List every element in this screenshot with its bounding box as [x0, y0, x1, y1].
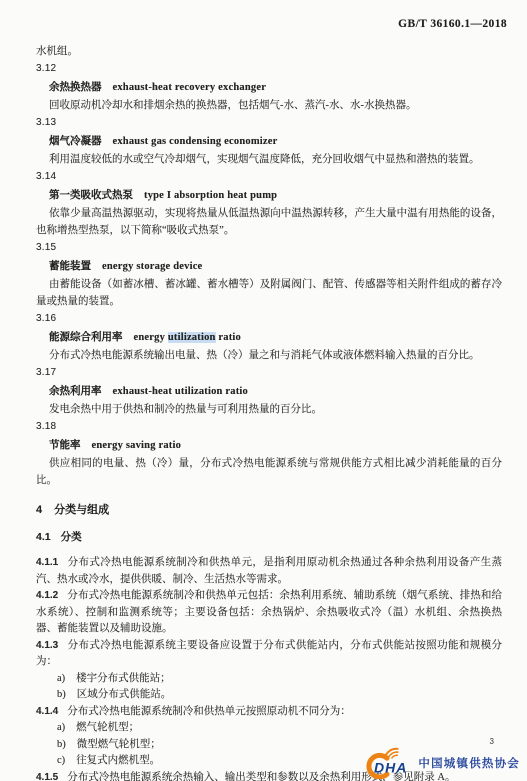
- search-highlight: utilization: [168, 332, 216, 343]
- term-zh: 余热利用率: [49, 385, 102, 397]
- term-en: exhaust gas condensing economizer: [113, 136, 278, 147]
- term-definition: 依靠少量高温热源驱动，实现将热量从低温热源向中温热源转移，产生大量中温有用热能的…: [36, 205, 502, 239]
- term-definition: 分布式冷热电能源系统输出电量、热（冷）量之和与消耗气体或液体燃料输入热量的百分比…: [36, 347, 502, 364]
- term-definition: 由蓄能设备（如蓄冰槽、蓄冰罐、蓄水槽等）及附属阀门、配管、传感器等相关附件组成的…: [36, 276, 502, 310]
- term-line: 第一类吸收式热泵type I absorption heat pump: [49, 185, 502, 205]
- term-en: energy utilization ratio: [134, 332, 241, 343]
- list-item-text: 微型燃气轮机型；: [77, 739, 161, 750]
- term-en: exhaust-heat recovery exchanger: [113, 82, 267, 93]
- term-number: 3.14: [36, 168, 502, 185]
- term-en: energy storage device: [102, 261, 202, 272]
- term-en: type I absorption heat pump: [144, 190, 277, 201]
- clause-text: 分布式冷热电能源系统制冷和供热单元，是指利用原动机余热通过各种余热利用设备产生蒸…: [36, 557, 502, 585]
- clause: 4.1.4分布式冷热电能源系统制冷和供热单元按照原动机不同分为：: [36, 704, 502, 721]
- dha-logo-text: DHA: [374, 760, 407, 776]
- term-zh: 节能率: [49, 439, 81, 451]
- clause-text: 分布式冷热电能源系统制冷和供热单元按照原动机不同分为：: [67, 706, 351, 717]
- term-en-post: ratio: [216, 332, 241, 343]
- clause-text: 分布式冷热电能源系统制冷和供热单元包括：余热利用系统、辅助系统（烟气系统、排热和…: [36, 590, 502, 634]
- term-en-pre: energy: [134, 332, 168, 343]
- list-item-label: b): [57, 689, 66, 700]
- page-number: 3: [365, 738, 520, 746]
- continuation-text: 水机组。: [36, 43, 502, 60]
- term-block: 3.17余热利用率exhaust-heat utilization ratio发…: [36, 364, 502, 418]
- clause-text: 分布式冷热电能源系统主要设备应设置于分布式供能站内，分布式供能站按照功能和规模分…: [36, 640, 502, 668]
- list-item-text: 燃气轮机型；: [76, 722, 139, 733]
- standard-number: GB/T 36160.1—2018: [398, 18, 507, 30]
- clause-number: 4.1.1: [36, 557, 58, 568]
- term-line: 余热利用率exhaust-heat utilization ratio: [49, 381, 502, 401]
- clause: 4.1.2分布式冷热电能源系统制冷和供热单元包括：余热利用系统、辅助系统（烟气系…: [36, 588, 502, 638]
- list-item-text: 区域分布式供能站。: [77, 689, 172, 700]
- term-definition: 回收原动机冷却水和排烟余热的换热器，包括烟气-水、蒸汽-水、水-水换热器。: [36, 97, 502, 114]
- term-line: 烟气冷凝器exhaust gas condensing economizer: [49, 131, 502, 151]
- subsection-title: 分类: [61, 531, 82, 543]
- list-item: a)燃气轮机型；: [36, 720, 502, 737]
- clause-number: 4.1.3: [36, 640, 58, 651]
- term-block: 3.18节能率energy saving ratio供应相同的电量、热（冷）量，…: [36, 418, 502, 489]
- term-line: 能源综合利用率energy utilization ratio: [49, 327, 502, 347]
- list-item-label: a): [57, 722, 65, 733]
- list-item-label: c): [57, 755, 65, 766]
- page-footer: 3 DHA 中国城镇供热协会: [365, 738, 520, 779]
- section-4-1-heading: 4.1分类: [36, 530, 502, 545]
- term-line: 蓄能装置energy storage device: [49, 256, 502, 276]
- term-number: 3.13: [36, 114, 502, 131]
- association-logo-row: DHA 中国城镇供热协会: [365, 746, 520, 779]
- dha-logo-icon: DHA: [365, 746, 415, 779]
- list-item-label: b): [57, 739, 66, 750]
- term-line: 节能率energy saving ratio: [49, 435, 502, 455]
- section-number: 4: [36, 504, 42, 516]
- list-item-label: a): [57, 673, 65, 684]
- list-item-text: 往复式内燃机型。: [76, 755, 160, 766]
- term-block: 3.12余热换热器exhaust-heat recovery exchanger…: [36, 60, 502, 114]
- term-block: 3.16能源综合利用率energy utilization ratio分布式冷热…: [36, 310, 502, 364]
- term-definition: 供应相同的电量、热（冷）量，分布式冷热电能源系统与常规供能方式相比减少消耗能量的…: [36, 455, 502, 489]
- term-block: 3.14第一类吸收式热泵type I absorption heat pump依…: [36, 168, 502, 239]
- term-zh: 能源综合利用率: [49, 331, 123, 343]
- clause-number: 4.1.2: [36, 590, 58, 601]
- association-name: 中国城镇供热协会: [418, 755, 520, 771]
- term-en: exhaust-heat utilization ratio: [113, 386, 249, 397]
- subsection-number: 4.1: [36, 531, 51, 543]
- term-zh: 第一类吸收式热泵: [49, 189, 133, 201]
- clause-number: 4.1.4: [36, 706, 58, 717]
- clause: 4.1.1分布式冷热电能源系统制冷和供热单元，是指利用原动机余热通过各种余热利用…: [36, 555, 502, 588]
- clause-number: 4.1.5: [36, 772, 58, 781]
- term-en: energy saving ratio: [92, 440, 182, 451]
- term-line: 余热换热器exhaust-heat recovery exchanger: [49, 77, 502, 97]
- list-item: a)楼宇分布式供能站；: [36, 671, 502, 688]
- term-number: 3.12: [36, 60, 502, 77]
- term-number: 3.18: [36, 418, 502, 435]
- term-block: 3.15蓄能装置energy storage device由蓄能设备（如蓄冰槽、…: [36, 239, 502, 310]
- term-number: 3.15: [36, 239, 502, 256]
- document-page: GB/T 36160.1—2018 水机组。 3.12余热换热器exhaust-…: [0, 0, 527, 781]
- term-block: 3.13烟气冷凝器exhaust gas condensing economiz…: [36, 114, 502, 168]
- section-4-heading: 4分类与组成: [36, 503, 502, 518]
- list-item: b)区域分布式供能站。: [36, 687, 502, 704]
- page-content: 水机组。 3.12余热换热器exhaust-heat recovery exch…: [36, 43, 502, 781]
- list-item-text: 楼宇分布式供能站；: [76, 673, 171, 684]
- term-zh: 蓄能装置: [49, 260, 91, 272]
- term-number: 3.16: [36, 310, 502, 327]
- term-definition: 利用温度较低的水或空气冷却烟气，实现烟气温度降低，充分回收烟气中显热和潜热的装置…: [36, 151, 502, 168]
- clause: 4.1.3分布式冷热电能源系统主要设备应设置于分布式供能站内，分布式供能站按照功…: [36, 638, 502, 671]
- term-zh: 余热换热器: [49, 81, 102, 93]
- terms-definitions-section: 3.12余热换热器exhaust-heat recovery exchanger…: [36, 60, 502, 489]
- section-title: 分类与组成: [54, 504, 109, 516]
- term-number: 3.17: [36, 364, 502, 381]
- term-definition: 发电余热中用于供热和制冷的热量与可利用热量的百分比。: [36, 401, 502, 418]
- term-zh: 烟气冷凝器: [49, 135, 102, 147]
